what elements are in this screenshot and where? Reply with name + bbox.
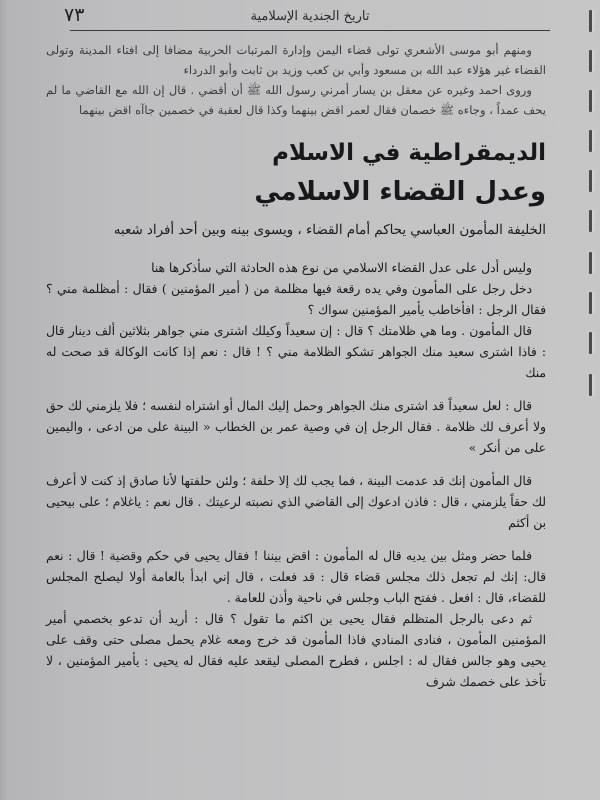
section-title-line-2: وعدل القضاء الاسلامي xyxy=(46,172,546,212)
binding-hole-icon xyxy=(589,90,592,112)
paragraph-gap xyxy=(46,459,546,471)
binding-hole-icon xyxy=(589,292,592,314)
binding-hole-icon xyxy=(589,210,592,232)
binding-hole-icon xyxy=(589,374,592,396)
body-paragraph: قال المأمون . وما هي ظلامتك ؟ قال : إن س… xyxy=(46,321,546,384)
binding-hole-icon xyxy=(589,10,592,32)
paragraph-gap xyxy=(46,534,546,546)
binding-hole-icon xyxy=(589,332,592,354)
running-header: ٧٣ تاريخ الجندية الإسلامية xyxy=(70,4,550,31)
paragraph-gap xyxy=(46,384,546,396)
binding-hole-icon xyxy=(589,50,592,72)
body-paragraph: فلما حضر ومثل بين يديه قال له المأمون : … xyxy=(46,546,546,609)
running-title: تاريخ الجندية الإسلامية xyxy=(70,9,550,24)
page-body: ومنهم أبو موسى الأشعري تولى قضاء اليمن و… xyxy=(46,40,546,693)
intro-paragraph: ومنهم أبو موسى الأشعري تولى قضاء اليمن و… xyxy=(46,40,546,80)
body-paragraph: قال المأمون إنك قد عدمت البينة ، فما يجب… xyxy=(46,471,546,534)
body-paragraph: قال : لعل سعيداً قد اشترى منك الجواهر وح… xyxy=(46,396,546,459)
binding-hole-icon xyxy=(589,252,592,274)
section-subtitle: الخليفة المأمون العباسي يحاكم أمام القضا… xyxy=(46,220,546,242)
scanned-book-page: ٧٣ تاريخ الجندية الإسلامية ومنهم أبو موس… xyxy=(0,0,600,800)
body-paragraph: وليس أدل على عدل القضاء الاسلامي من نوع … xyxy=(46,258,546,279)
page-edge-shadow xyxy=(0,0,8,800)
binding-hole-icon xyxy=(589,130,592,152)
intro-paragraph: وروى احمد وغيره عن معقل بن يسار أمرني رس… xyxy=(46,80,546,120)
body-paragraph: ثم دعى بالرجل المتظلم فقال يحيى بن اكثم … xyxy=(46,609,546,693)
binding-hole-icon xyxy=(589,170,592,192)
spiral-binding-holes xyxy=(582,4,596,424)
body-paragraph: دخل رجل على المأمون وفي يده رقعة فيها مظ… xyxy=(46,279,546,321)
section-title: الديمقراطية في الاسلام xyxy=(46,134,546,172)
